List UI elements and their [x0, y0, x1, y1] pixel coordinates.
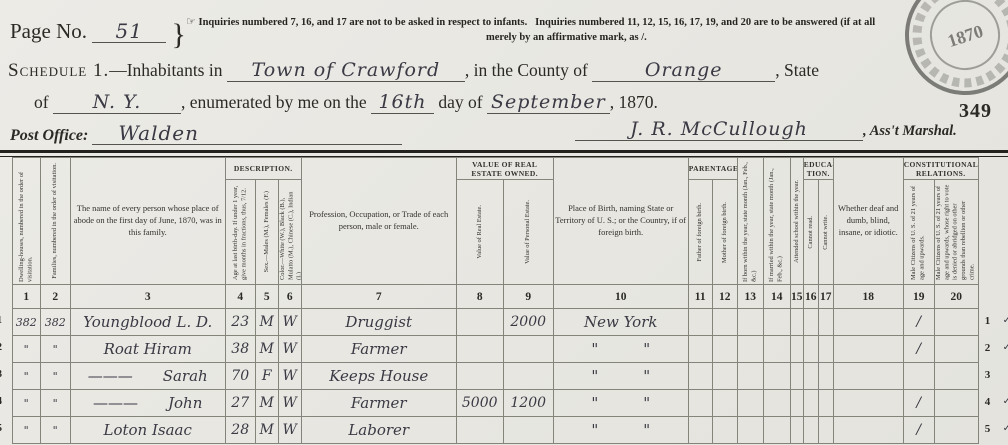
- cell-cannot-read: [803, 390, 818, 417]
- cell-real-estate: [456, 417, 503, 444]
- cell-deaf: [833, 417, 903, 444]
- schedule-line-1: Schedule 1.—Inhabitants in Town of Crawf…: [8, 60, 819, 82]
- col-name-heading: The name of every person whose place of …: [70, 158, 225, 285]
- cell-personal-estate: [503, 363, 553, 390]
- note-line-1: ☞ Inquiries numbered 7, 16, and 17 are n…: [186, 14, 956, 30]
- col-number: 16: [803, 285, 818, 309]
- left-line-number-margin: 1 2 3 4 5: [0, 157, 12, 444]
- left-line-number: 5: [0, 415, 12, 442]
- right-margin-row: 2 ✓: [979, 334, 1008, 361]
- schedule-label: Schedule 1.: [8, 60, 109, 81]
- cell-dwelling: ": [12, 417, 40, 444]
- cell-birthplace: " ": [553, 390, 688, 417]
- note-line-1-text: Inquiries numbered 7, 16, and 17 are not…: [199, 17, 876, 28]
- cell-deaf: [833, 309, 903, 336]
- right-line-number: 3: [985, 369, 991, 381]
- day-value: 16th: [371, 93, 434, 114]
- col-sex-heading: Sex.—Males (M.), Females (F.): [255, 180, 278, 285]
- cell-birthplace: New York: [553, 309, 688, 336]
- cell-personal-estate: 1200: [503, 390, 553, 417]
- left-line-number: 1: [0, 307, 12, 334]
- cell-real-estate: 5000: [456, 390, 503, 417]
- manicule-icon: ☞: [186, 15, 196, 28]
- right-margin-row: 3: [979, 361, 1008, 388]
- cell-cannot-read: [803, 363, 818, 390]
- state-value: N. Y.: [53, 93, 181, 114]
- group-header-row: Dwelling-houses, numbered in the order o…: [12, 158, 978, 180]
- table-row: " " ——— John 27 M W Farmer 5000 1200 " "…: [12, 390, 978, 417]
- cell-married-month: [763, 363, 790, 390]
- cell-color: W: [278, 309, 301, 336]
- cell-family: 382: [40, 309, 70, 336]
- cell-mother-foreign: [712, 309, 737, 336]
- schedule-text-5: , enumerated by me on the: [181, 92, 367, 112]
- stamp-year: 1870: [945, 21, 985, 51]
- census-page: Page No. 51 } ☞ Inquiries numbered 7, 16…: [0, 0, 1008, 445]
- cell-occupation: Druggist: [301, 309, 456, 336]
- col-number: 8: [456, 285, 503, 309]
- cell-personal-estate: [503, 336, 553, 363]
- col-cannot-write-heading-text: Cannot write.: [822, 215, 830, 250]
- col-number: 18: [833, 285, 903, 309]
- cell-father-foreign: [688, 336, 712, 363]
- right-margin-row: 4 ✓: [979, 388, 1008, 415]
- brace-glyph: }: [172, 18, 186, 51]
- left-line-number: 4: [0, 388, 12, 415]
- group-description: Description.: [225, 158, 301, 180]
- col-married-month-heading: If married within the year, state month …: [763, 158, 790, 285]
- col-birthplace-heading: Place of Birth, naming State or Territor…: [553, 158, 688, 285]
- col-deaf-heading: Whether deaf and dumb, blind, insane, or…: [833, 158, 903, 285]
- col-citizen-heading: Male Citizens of U. S. of 21 years of ag…: [903, 180, 934, 285]
- cell-father-foreign: [688, 309, 712, 336]
- page-no-label: Page No.: [10, 19, 87, 43]
- cell-real-estate: [456, 363, 503, 390]
- page-no-value: 51: [92, 21, 166, 43]
- col-cannot-read-heading-text: Cannot read.: [807, 216, 815, 249]
- cell-dwelling: 382: [12, 309, 40, 336]
- cell-vote-denied: [934, 363, 978, 390]
- col-father-foreign-heading-text: Father of foreign birth.: [696, 203, 704, 262]
- cell-father-foreign: [688, 417, 712, 444]
- cell-cannot-write: [818, 417, 833, 444]
- cell-cannot-write: [818, 309, 833, 336]
- cell-age: 70: [225, 363, 255, 390]
- cell-name: Roat Hiram: [70, 336, 225, 363]
- table-row: " " ——— Sarah 70 F W Keeps House " ": [12, 363, 978, 390]
- right-line-number-margin: 1 ✓ 2 ✓ 3 4 ✓ 5 ✓: [979, 157, 1008, 444]
- cell-cannot-write: [818, 363, 833, 390]
- post-office-line: Post Office: Walden: [10, 123, 402, 145]
- col-married-month-heading-text: If married within the year, state month …: [768, 160, 785, 282]
- col-father-foreign-heading: Father of foreign birth.: [688, 180, 712, 285]
- cell-family: ": [40, 336, 70, 363]
- col-real-estate-heading-text: Value of Real Estate.: [476, 205, 484, 259]
- cell-citizen-mark: /: [903, 336, 934, 363]
- cell-father-foreign: [688, 390, 712, 417]
- horizontal-rule: [0, 150, 1008, 157]
- cell-age: 28: [225, 417, 255, 444]
- cell-married-month: [763, 309, 790, 336]
- cell-married-month: [763, 417, 790, 444]
- col-number: 14: [763, 285, 790, 309]
- col-born-month-heading: If born within the year, state month (Ja…: [737, 158, 763, 285]
- cell-family: ": [40, 390, 70, 417]
- col-dwelling-heading-text: Dwelling-houses, numbered in the order o…: [18, 160, 35, 282]
- right-line-number: 5: [985, 423, 991, 435]
- col-number: 9: [503, 285, 553, 309]
- col-number: 15: [790, 285, 803, 309]
- col-number: 4: [225, 285, 255, 309]
- cell-born-month: [737, 417, 763, 444]
- cell-school: [790, 363, 803, 390]
- col-vote-denied-heading: Male Citizens of U. S. of 21 years of ag…: [934, 180, 978, 285]
- schedule-text-4: of: [34, 92, 49, 112]
- check-mark-icon: ✓: [1003, 396, 1008, 407]
- check-mark-icon: ✓: [1003, 315, 1008, 326]
- page-number-line: Page No. 51 }: [10, 18, 186, 52]
- cell-school: [790, 417, 803, 444]
- left-line-number: 3: [0, 361, 12, 388]
- cell-citizen-mark: /: [903, 390, 934, 417]
- col-mother-foreign-heading-text: Mother of foreign birth.: [721, 202, 729, 263]
- cell-citizen-mark: [903, 363, 934, 390]
- col-number: 7: [301, 285, 456, 309]
- marshal-title: , Ass't Marshal.: [863, 123, 957, 139]
- col-number: 13: [737, 285, 763, 309]
- cell-sex: M: [255, 417, 278, 444]
- cell-school: [790, 309, 803, 336]
- col-number: 2: [40, 285, 70, 309]
- right-line-number: 4: [985, 396, 991, 408]
- cell-mother-foreign: [712, 336, 737, 363]
- cell-real-estate: [456, 309, 503, 336]
- cell-deaf: [833, 363, 903, 390]
- col-number: 3: [70, 285, 225, 309]
- left-margin-spacer: [0, 157, 12, 307]
- table-row: 382 382 Youngblood L. D. 23 M W Druggist…: [12, 309, 978, 336]
- cell-cannot-read: [803, 417, 818, 444]
- col-citizen-heading-text: Male Citizens of U. S. of 21 years of ag…: [910, 184, 927, 280]
- cell-dwelling: ": [12, 336, 40, 363]
- cell-vote-denied: [934, 417, 978, 444]
- col-sex-heading-text: Sex.—Males (M.), Females (F.): [263, 191, 271, 272]
- cell-father-foreign: [688, 363, 712, 390]
- cell-color: W: [278, 336, 301, 363]
- census-table: Dwelling-houses, numbered in the order o…: [12, 157, 979, 444]
- cell-sex: M: [255, 390, 278, 417]
- cell-dwelling: ": [12, 390, 40, 417]
- col-cannot-read-heading: Cannot read.: [803, 180, 818, 285]
- cell-sex: F: [255, 363, 278, 390]
- table-row: " " Roat Hiram 38 M W Farmer " " /: [12, 336, 978, 363]
- col-number: 17: [818, 285, 833, 309]
- right-line-number: 2: [985, 342, 991, 354]
- col-born-month-heading-text: If born within the year, state month (Ja…: [742, 160, 759, 282]
- cell-born-month: [737, 309, 763, 336]
- cell-color: W: [278, 417, 301, 444]
- col-cannot-write-heading: Cannot write.: [818, 180, 833, 285]
- right-line-number: 1: [985, 315, 991, 327]
- post-office-label: Post Office:: [10, 127, 88, 144]
- cell-occupation: Farmer: [301, 390, 456, 417]
- table-area: 1 2 3 4 5 Dwelling-houses, numbered in t…: [0, 157, 1008, 444]
- cell-cannot-write: [818, 390, 833, 417]
- col-number: 20: [934, 285, 978, 309]
- col-families-heading-text: Families, numbered in the order of visit…: [51, 163, 59, 279]
- cell-age: 27: [225, 390, 255, 417]
- cell-mother-foreign: [712, 390, 737, 417]
- schedule-text-2: , in the County of: [465, 60, 588, 80]
- cell-citizen-mark: /: [903, 309, 934, 336]
- col-color-heading-text: Color.—White (W.), Black (B.), Mulatto (…: [279, 184, 302, 280]
- col-families-heading: Families, numbered in the order of visit…: [40, 158, 70, 285]
- group-parentage: Parentage.: [688, 158, 737, 180]
- col-dwelling-heading: Dwelling-houses, numbered in the order o…: [12, 158, 40, 285]
- cell-married-month: [763, 336, 790, 363]
- check-mark-icon: ✓: [1003, 423, 1008, 434]
- cell-occupation: Laborer: [301, 417, 456, 444]
- left-line-number: 2: [0, 334, 12, 361]
- cell-cannot-write: [818, 336, 833, 363]
- right-margin-spacer: [979, 157, 1008, 307]
- cell-birthplace: " ": [553, 336, 688, 363]
- cell-sex: M: [255, 336, 278, 363]
- col-number: 10: [553, 285, 688, 309]
- cell-occupation: Farmer: [301, 336, 456, 363]
- column-number-row: 1 2 3 4 5 6 7 8 9 10 11 12 13 14 15 16 1…: [12, 285, 978, 309]
- col-color-heading: Color.—White (W.), Black (B.), Mulatto (…: [278, 180, 301, 285]
- cell-birthplace: " ": [553, 417, 688, 444]
- col-number: 1: [12, 285, 40, 309]
- col-school-heading-text: Attended school within the year.: [793, 180, 801, 263]
- cell-personal-estate: 2000: [503, 309, 553, 336]
- cell-name: ——— John: [70, 390, 225, 417]
- col-mother-foreign-heading: Mother of foreign birth.: [712, 180, 737, 285]
- col-personal-estate-heading-text: Value of Personal Estate.: [524, 200, 532, 264]
- col-profession-heading: Profession, Occupation, or Trade of each…: [301, 158, 456, 285]
- col-school-heading: Attended school within the year.: [790, 158, 803, 285]
- schedule-text-3: , State: [775, 60, 819, 80]
- cell-deaf: [833, 336, 903, 363]
- cell-name: Youngblood L. D.: [70, 309, 225, 336]
- post-office-value: Walden: [92, 123, 402, 145]
- col-number: 19: [903, 285, 934, 309]
- cell-vote-denied: [934, 309, 978, 336]
- col-real-estate-heading: Value of Real Estate.: [456, 180, 503, 285]
- cell-family: ": [40, 363, 70, 390]
- cell-school: [790, 336, 803, 363]
- col-age-heading: Age at last birth-day. If under 1 year, …: [225, 180, 255, 285]
- schedule-line-2: of N. Y., enumerated by me on the 16th d…: [34, 92, 658, 114]
- place-value: Town of Crawford: [227, 61, 465, 82]
- marshal-signature-line: J. R. McCullough, Ass't Marshal.: [575, 120, 957, 141]
- cell-personal-estate: [503, 417, 553, 444]
- cell-born-month: [737, 363, 763, 390]
- cell-cannot-read: [803, 309, 818, 336]
- group-education: Educa-tion.: [803, 158, 833, 180]
- col-personal-estate-heading: Value of Personal Estate.: [503, 180, 553, 285]
- col-number: 11: [688, 285, 712, 309]
- schedule-text-6: day of: [438, 92, 482, 112]
- table-row: " " Loton Isaac 28 M W Laborer " " /: [12, 417, 978, 444]
- cell-age: 38: [225, 336, 255, 363]
- cell-family: ": [40, 417, 70, 444]
- cell-color: W: [278, 390, 301, 417]
- marshal-signature: J. R. McCullough: [575, 120, 863, 141]
- schedule-text-1: —Inhabitants in: [109, 60, 222, 80]
- county-value: Orange: [592, 61, 775, 82]
- instructions-note: ☞ Inquiries numbered 7, 16, and 17 are n…: [186, 14, 956, 45]
- check-mark-icon: ✓: [1003, 342, 1008, 353]
- cell-age: 23: [225, 309, 255, 336]
- cell-born-month: [737, 336, 763, 363]
- cell-married-month: [763, 390, 790, 417]
- cell-birthplace: " ": [553, 363, 688, 390]
- col-number: 12: [712, 285, 737, 309]
- cell-vote-denied: [934, 336, 978, 363]
- cell-born-month: [737, 390, 763, 417]
- cell-mother-foreign: [712, 363, 737, 390]
- cell-name: Loton Isaac: [70, 417, 225, 444]
- col-number: 5: [255, 285, 278, 309]
- cell-deaf: [833, 390, 903, 417]
- cell-color: W: [278, 363, 301, 390]
- cell-sex: M: [255, 309, 278, 336]
- col-vote-denied-heading-text: Male Citizens of U. S. of 21 years of ag…: [935, 184, 977, 280]
- cell-citizen-mark: /: [903, 417, 934, 444]
- group-constitutional: Constitutional Relations.: [903, 158, 978, 180]
- right-margin-row: 1 ✓: [979, 307, 1008, 334]
- group-value-owned: Value of Real Estate Owned.: [456, 158, 553, 180]
- cell-mother-foreign: [712, 417, 737, 444]
- cell-school: [790, 390, 803, 417]
- cell-dwelling: ": [12, 363, 40, 390]
- cell-cannot-read: [803, 336, 818, 363]
- cell-name: ——— Sarah: [70, 363, 225, 390]
- cell-occupation: Keeps House: [301, 363, 456, 390]
- cell-real-estate: [456, 336, 503, 363]
- stamp-outer-ring: [892, 0, 1008, 108]
- month-value: September: [487, 93, 610, 114]
- schedule-text-7: , 1870.: [610, 92, 658, 112]
- note-line-2: merely by an affirmative mark, as /.: [186, 30, 956, 45]
- col-number: 6: [278, 285, 301, 309]
- col-age-heading-text: Age at last birth-day. If under 1 year, …: [232, 184, 249, 280]
- right-margin-row: 5 ✓: [979, 415, 1008, 442]
- cell-vote-denied: [934, 390, 978, 417]
